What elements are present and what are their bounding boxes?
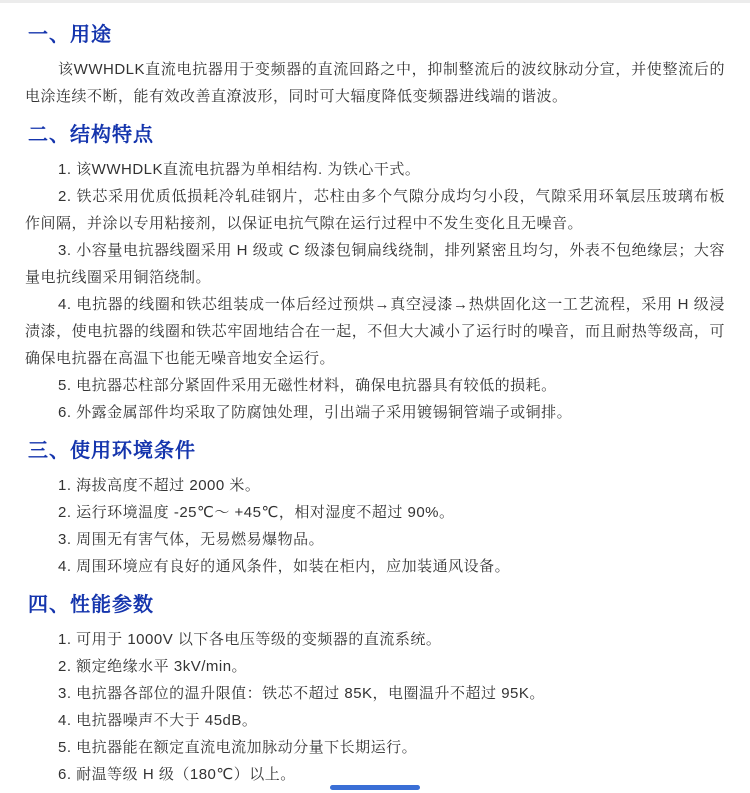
list-item: 2. 运行环境温度 -25℃～ +45℃，相对湿度不超过 90%。 (25, 499, 725, 526)
list-item: 2. 额定绝缘水平 3kV/min。 (25, 653, 725, 680)
list-item: 3. 小容量电抗器线圈采用 H 级或 C 级漆包铜扁线绕制，排列紧密且均匀，外表… (25, 237, 725, 291)
list-item: 6. 耐温等级 H 级（180℃）以上。 (25, 761, 725, 788)
section-parameters: 四、性能参数 1. 可用于 1000V 以下各电压等级的变频器的直流系统。 2.… (25, 593, 725, 788)
section-heading-environment: 三、使用环境条件 (28, 439, 725, 463)
list-item: 3. 周围无有害气体，无易燃易爆物品。 (25, 526, 725, 553)
list-item: 1. 可用于 1000V 以下各电压等级的变频器的直流系统。 (25, 626, 725, 653)
section-heading-usage: 一、用途 (28, 23, 725, 47)
list-item: 4. 周围环境应有良好的通风条件，如装在柜内，应加装通风设备。 (25, 553, 725, 580)
section-usage: 一、用途 该WWHDLK直流电抗器用于变频器的直流回路之中，抑制整流后的波纹脉动… (25, 23, 725, 110)
list-item: 3. 电抗器各部位的温升限值：铁芯不超过 85K，电圈温升不超过 95K。 (25, 680, 725, 707)
section-heading-parameters: 四、性能参数 (28, 593, 725, 617)
section-environment: 三、使用环境条件 1. 海拔高度不超过 2000 米。 2. 运行环境温度 -2… (25, 439, 725, 580)
list-item: 5. 电抗器芯柱部分紧固件采用无磁性材料，确保电抗器具有较低的损耗。 (25, 372, 725, 399)
list-item: 6. 外露金属部件均采取了防腐蚀处理，引出端子采用镀锡铜管端子或铜排。 (25, 399, 725, 426)
list-item: 2. 铁芯采用优质低损耗冷轧硅钢片，芯柱由多个气隙分成均匀小段，气隙采用环氧层压… (25, 183, 725, 237)
product-description-page: 一、用途 该WWHDLK直流电抗器用于变频器的直流回路之中，抑制整流后的波纹脉动… (0, 0, 750, 793)
list-item: 4. 电抗器的线圈和铁芯组装成一体后经过预烘→真空浸漆→热烘固化这一工艺流程，采… (25, 291, 725, 372)
page-bottom-indicator (330, 785, 420, 790)
section-heading-structure: 二、结构特点 (28, 123, 725, 147)
section-structure: 二、结构特点 1. 该WWHDLK直流电抗器为单相结构. 为铁心干式。 2. 铁… (25, 123, 725, 426)
usage-paragraph: 该WWHDLK直流电抗器用于变频器的直流回路之中，抑制整流后的波纹脉动分宣，并使… (25, 56, 725, 110)
list-item: 4. 电抗器噪声不大于 45dB。 (25, 707, 725, 734)
list-item: 1. 该WWHDLK直流电抗器为单相结构. 为铁心干式。 (25, 156, 725, 183)
list-item: 5. 电抗器能在额定直流电流加脉动分量下长期运行。 (25, 734, 725, 761)
list-item: 1. 海拔高度不超过 2000 米。 (25, 472, 725, 499)
